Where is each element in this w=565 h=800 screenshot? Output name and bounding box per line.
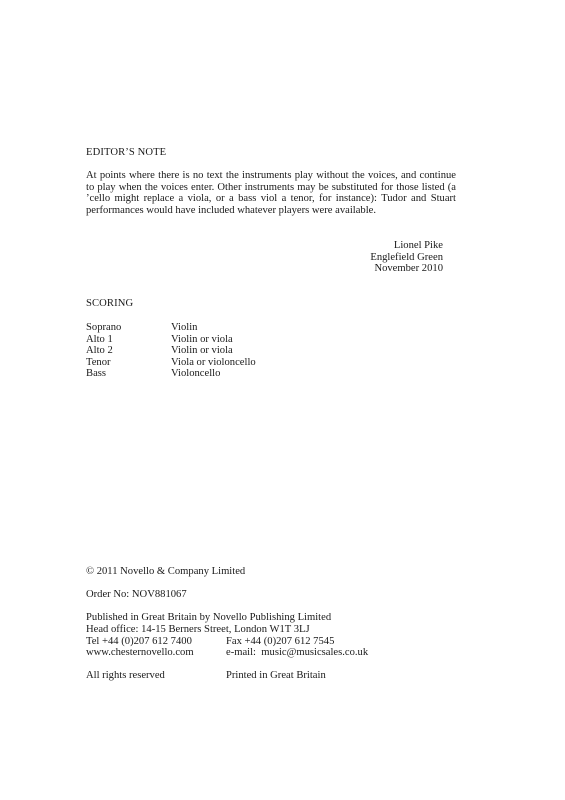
voice-name: Soprano	[86, 322, 171, 334]
instrument-name: Violin or viola	[171, 334, 256, 346]
publisher-line: Published in Great Britain by Novello Pu…	[86, 612, 456, 624]
fax: Fax +44 (0)207 612 7545	[226, 636, 334, 648]
scoring-row: Alto 2 Violin or viola	[86, 345, 256, 357]
scoring-row: Soprano Violin	[86, 322, 256, 334]
scoring-heading: SCORING	[86, 298, 456, 310]
website-link: www.chesternovello.com	[86, 647, 226, 659]
scoring-row: Alto 1 Violin or viola	[86, 334, 256, 346]
editors-note-body: At points where there is no text the ins…	[86, 170, 456, 216]
imprint-section: © 2011 Novello & Company Limited Order N…	[86, 566, 456, 682]
copyright-line: © 2011 Novello & Company Limited	[86, 566, 456, 578]
instrument-name: Violin or viola	[171, 345, 256, 357]
instrument-name: Violoncello	[171, 368, 256, 380]
signature-name: Lionel Pike	[300, 240, 443, 252]
document-page: EDITOR’S NOTE At points where there is n…	[0, 0, 565, 800]
email-address: e-mail: music@musicsales.co.uk	[226, 647, 368, 659]
phone-fax-row: Tel +44 (0)207 612 7400 Fax +44 (0)207 6…	[86, 636, 456, 648]
head-office-address: Head office: 14-15 Berners Street, Londo…	[86, 624, 456, 636]
scoring-table: Soprano Violin Alto 1 Violin or viola Al…	[86, 322, 256, 380]
scoring-row: Tenor Viola or violoncello	[86, 357, 256, 369]
voice-name: Tenor	[86, 357, 171, 369]
editors-note-signature: Lionel Pike Englefield Green November 20…	[300, 240, 443, 275]
scoring-row: Bass Violoncello	[86, 368, 256, 380]
rights-reserved: All rights reserved	[86, 670, 226, 682]
printed-in: Printed in Great Britain	[226, 670, 326, 682]
signature-place: Englefield Green	[300, 252, 443, 264]
editors-note-section: EDITOR’S NOTE At points where there is n…	[86, 147, 456, 217]
instrument-name: Violin	[171, 322, 256, 334]
voice-name: Alto 1	[86, 334, 171, 346]
rights-row: All rights reserved Printed in Great Bri…	[86, 670, 456, 682]
signature-date: November 2010	[300, 263, 443, 275]
editors-note-heading: EDITOR’S NOTE	[86, 147, 456, 159]
voice-name: Alto 2	[86, 345, 171, 357]
voice-name: Bass	[86, 368, 171, 380]
order-number: Order No: NOV881067	[86, 589, 456, 601]
instrument-name: Viola or violoncello	[171, 357, 256, 369]
web-email-row: www.chesternovello.com e-mail: music@mus…	[86, 647, 456, 659]
scoring-section: SCORING Soprano Violin Alto 1 Violin or …	[86, 298, 456, 380]
telephone: Tel +44 (0)207 612 7400	[86, 636, 226, 648]
